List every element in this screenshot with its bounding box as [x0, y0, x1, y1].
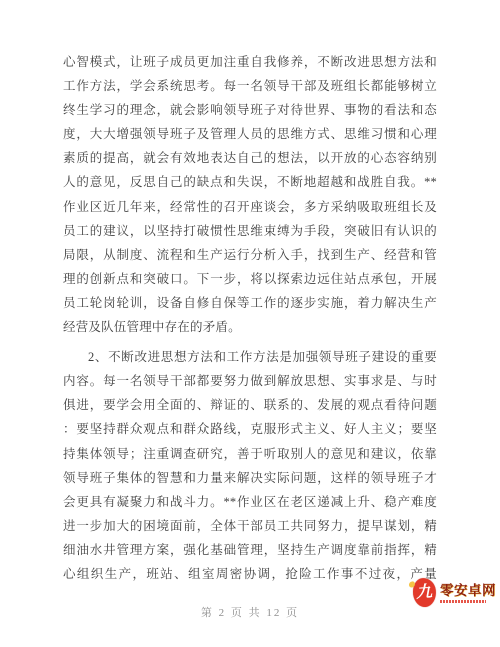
text-line: 人的意见，反思自己的缺点和失误，不断地超越和战胜自我。** [63, 170, 437, 194]
text-line: 度，大大增强领导班子及管理人员的思维方式、思维习惯和心理 [63, 122, 437, 146]
site-watermark: 九 零安卓网 [413, 578, 496, 607]
text-line: 俱进，要学会用全面的、辩证的、联系的、发展的观点看待问题 [63, 393, 437, 417]
text-line: 作业区近几年来，经常性的召开座谈会，多方采纳吸取班组长及 [63, 195, 437, 219]
text-line: 会更具有凝聚力和战斗力。**作业区在老区递减上升、稳产难度 [63, 490, 437, 514]
text-line: 局限，从制度、流程和生产运行分析入手，找到生产、经营和管 [63, 243, 437, 267]
watermark-text-group: 零安卓网 [440, 583, 496, 603]
paragraph: 2、不断改进思想方法和工作方法是加强领导班子建设的重要内容。每一名领导干部都要努… [63, 345, 437, 586]
text-line: 内容。每一名领导干部都要努力做到解放思想、实事求是、与时 [63, 369, 437, 393]
text-line: ：要坚持群众观点和群众路线，克服形式主义、好人主义；要坚 [63, 417, 437, 441]
text-line: 2、不断改进思想方法和工作方法是加强领导班子建设的重要 [63, 345, 437, 369]
body-text: 心智模式，让班子成员更加注重自我修养，不断改进思想方法和工作方法，学会系统思考。… [63, 50, 437, 586]
text-line: 终生学习的理念，就会影响领导班子对待世界、事物的看法和态 [63, 98, 437, 122]
document-page: 心智模式，让班子成员更加注重自我修养，不断改进思想方法和工作方法，学会系统思考。… [0, 0, 500, 647]
text-line: 素质的提高，就会有效地表达自己的想法，以开放的心态容纳别 [63, 146, 437, 170]
text-line: 经营及队伍管理中存在的矛盾。 [63, 315, 437, 339]
text-line: 领导班子集体的智慧和力量来解决实际问题，这样的领导班子才 [63, 466, 437, 490]
text-line: 进一步加大的困境面前，全体干部员工共同努力，提早谋划，精 [63, 514, 437, 538]
seal-icon: 九 [411, 577, 437, 609]
watermark-tagline-bar [440, 600, 486, 603]
watermark-site-name: 零安卓网 [440, 583, 496, 598]
text-line: 心智模式，让班子成员更加注重自我修养，不断改进思想方法和 [63, 50, 437, 74]
paragraph: 心智模式，让班子成员更加注重自我修养，不断改进思想方法和工作方法，学会系统思考。… [63, 50, 437, 339]
text-line: 理的创新点和突破口。下一步，将以探索边远住站点承包，开展 [63, 267, 437, 291]
seal-character: 九 [416, 584, 433, 601]
text-line: 持集体领导；注重调查研究，善于听取别人的意见和建议，依靠 [63, 442, 437, 466]
text-line: 工作方法，学会系统思考。每一名领导干部及班组长都能够树立 [63, 74, 437, 98]
text-line: 心组织生产，班站、组室周密协调，抢险工作事不过夜，产量 [63, 562, 437, 586]
text-line: 员工轮岗轮训，设备自修自保等工作的逐步实施，着力解决生产 [63, 291, 437, 315]
text-line: 员工的建议，以坚持打破惯性思维束缚为手段，突破旧有认识的 [63, 219, 437, 243]
text-line: 细油水井管理方案，强化基础管理，坚持生产调度靠前指挥，精 [63, 538, 437, 562]
